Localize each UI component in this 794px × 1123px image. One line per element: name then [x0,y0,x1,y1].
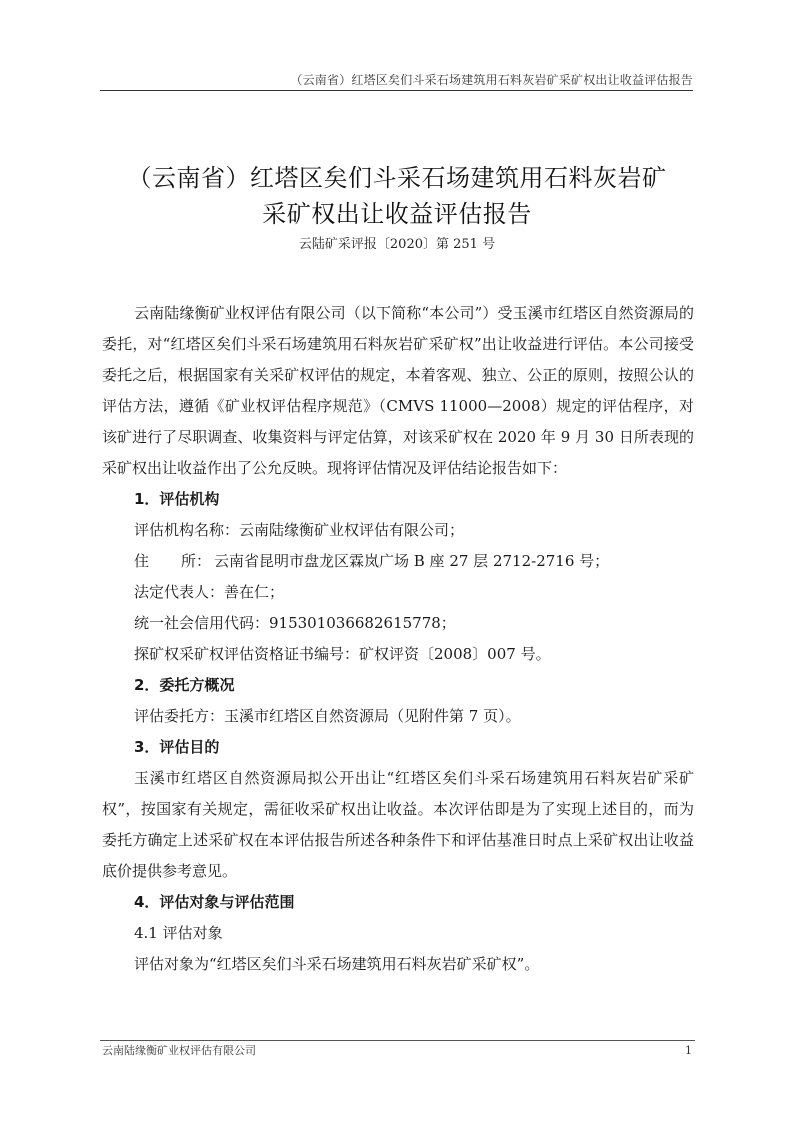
object-line: 评估对象为“红塔区矣们斗采石场建筑用石料灰岩矿采矿权”。 [102,949,694,980]
client-line: 评估委托方：玉溪市红塔区自然资源局（见附件第 7 页）。 [102,701,694,732]
address-label-char1: 住 [134,552,149,570]
subsection-heading-4-1: 4.1 评估对象 [102,918,694,949]
purpose-paragraph: 玉溪市红塔区自然资源局拟公开出让“红塔区矣们斗采石场建筑用石料灰岩矿采矿权”，按… [102,763,694,887]
footer-rule [100,1040,695,1041]
section-heading-1: 1．评估机构 [102,484,694,515]
footer-company: 云南陆缘衡矿业权评估有限公司 [102,1044,256,1058]
section-heading-2: 2．委托方概况 [102,670,694,701]
header-rule [100,90,693,91]
legal-representative: 法定代表人：善在仁； [102,577,694,608]
credit-code: 统一社会信用代码：915301036682615778； [102,608,694,639]
title-line-2: 采矿权出让收益评估报告 [100,196,694,232]
page-number: 1 [685,1044,692,1058]
section-heading-3: 3．评估目的 [102,732,694,763]
report-number: 云陆矿采评报〔2020〕第 251 号 [100,236,694,254]
document-title: （云南省）红塔区矣们斗采石场建筑用石料灰岩矿 采矿权出让收益评估报告 [100,160,694,232]
address-label: 住所： [134,546,214,577]
running-header: （云南省）红塔区矣们斗采石场建筑用石料灰岩矿采矿权出让收益评估报告 [100,72,693,88]
address-value: 云南省昆明市盘龙区霖岚广场 B 座 27 层 2712-2716 号； [214,552,609,570]
certificate-number: 探矿权采矿权评估资格证书编号：矿权评资〔2008〕007 号。 [102,639,694,670]
title-line-1: （云南省）红塔区矣们斗采石场建筑用石料灰岩矿 [100,160,694,196]
appraiser-address: 住所：云南省昆明市盘龙区霖岚广场 B 座 27 层 2712-2716 号； [102,546,694,577]
intro-paragraph: 云南陆缘衡矿业权评估有限公司（以下简称“本公司”）受玉溪市红塔区自然资源局的委托… [102,298,694,484]
appraiser-name: 评估机构名称：云南陆缘衡矿业权评估有限公司； [102,515,694,546]
section-heading-4: 4．评估对象与评估范围 [102,887,694,918]
document-body: 云南陆缘衡矿业权评估有限公司（以下简称“本公司”）受玉溪市红塔区自然资源局的委托… [102,298,694,980]
address-label-char2: 所： [181,546,211,577]
